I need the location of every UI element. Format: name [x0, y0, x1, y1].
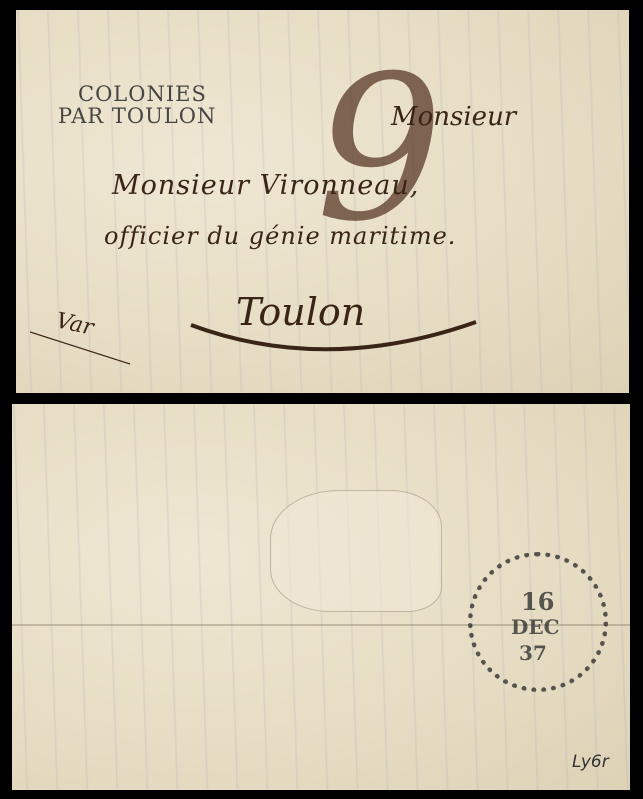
date-stamp-day: 16 [521, 587, 554, 616]
rate-marking: 9 [316, 50, 443, 250]
pencil-note: Ly6r [572, 752, 609, 772]
department-underline [30, 328, 140, 368]
letter-front: COLONIES PAR TOULON 9 Monsieur Monsieur … [16, 10, 629, 393]
colonies-postmark: COLONIES [78, 84, 207, 105]
postmark-line-2: PAR TOULON [58, 106, 216, 127]
city-underline-flourish [186, 310, 486, 370]
postmark-line-1: COLONIES [78, 84, 207, 105]
address-name: Monsieur Vironneau, [112, 170, 419, 201]
letter-back: 16 DEC 37 Ly6r [12, 404, 630, 790]
date-stamp-year: 37 [519, 641, 547, 665]
wax-seal-remnant [270, 490, 442, 612]
address-title: officier du génie maritime. [104, 222, 456, 250]
address-salutation: Monsieur [391, 102, 516, 132]
par-toulon-postmark: PAR TOULON [58, 106, 216, 127]
date-stamp: 16 DEC 37 [468, 552, 608, 692]
date-stamp-month: DEC [511, 615, 560, 639]
